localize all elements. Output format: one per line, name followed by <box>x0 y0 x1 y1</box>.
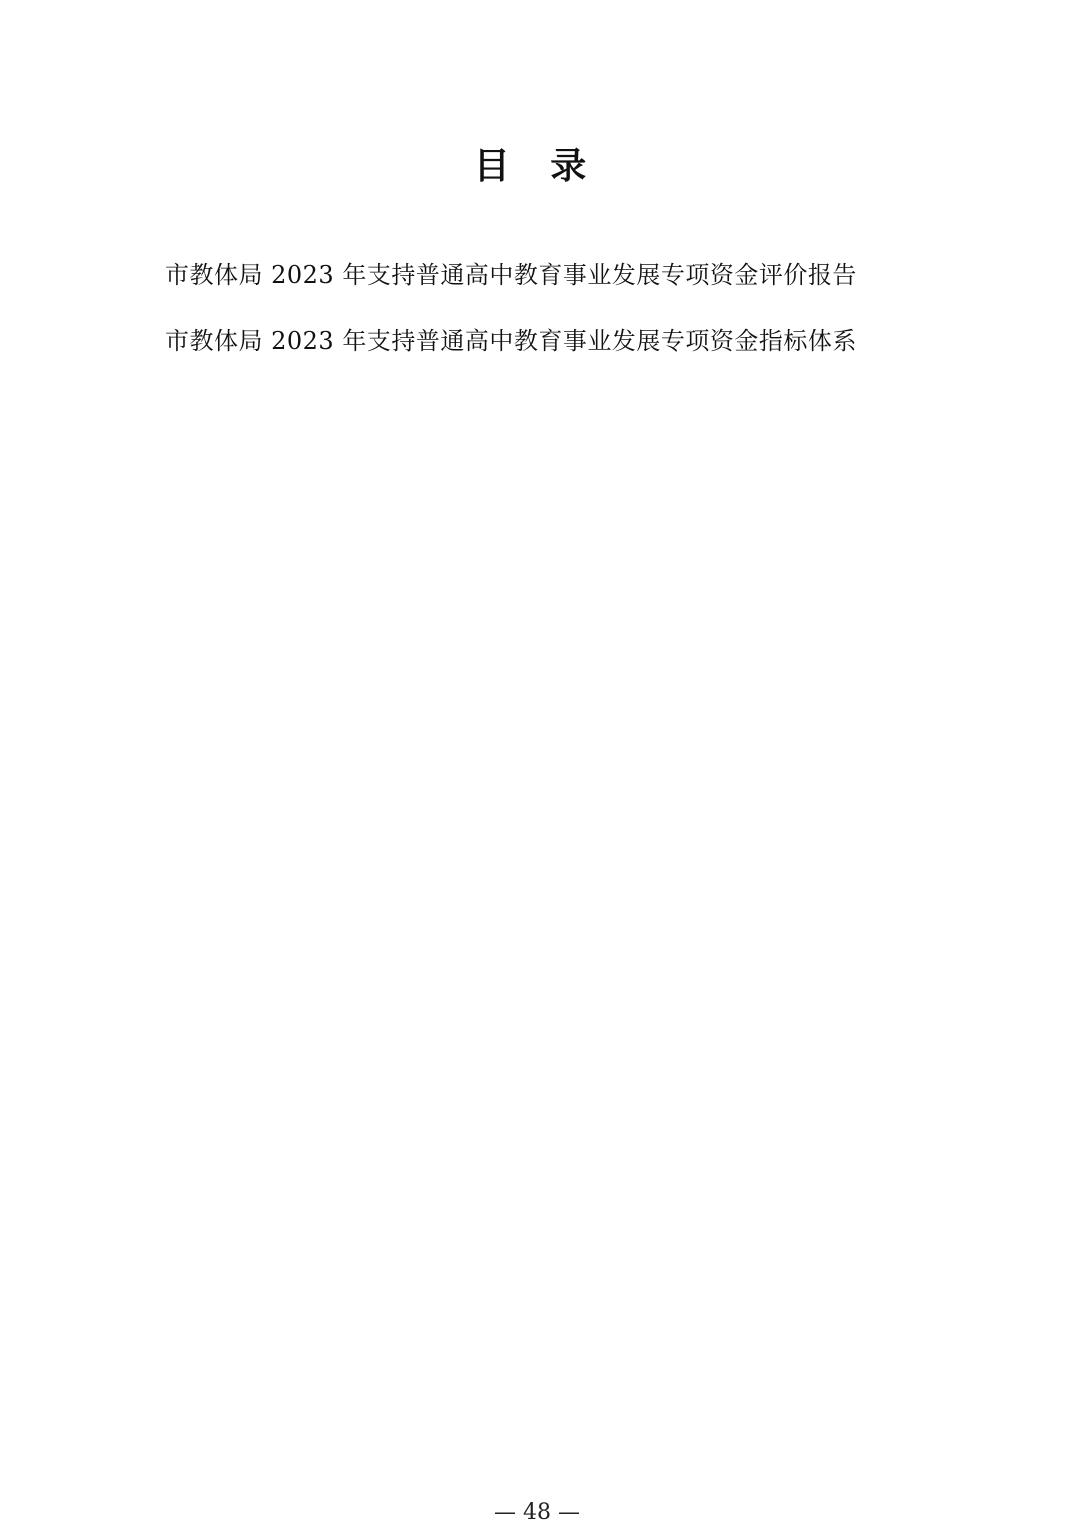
toc-item-evaluation-report[interactable]: 市教体局 2023 年支持普通高中教育事业发展专项资金评价报告 <box>165 258 925 292</box>
page-title: 目 录 <box>0 138 1074 189</box>
page-number: — 48 — <box>0 1500 1074 1520</box>
toc-item-indicator-system[interactable]: 市教体局 2023 年支持普通高中教育事业发展专项资金指标体系 <box>165 324 925 358</box>
table-of-contents: 市教体局 2023 年支持普通高中教育事业发展专项资金评价报告 市教体局 202… <box>165 258 925 390</box>
